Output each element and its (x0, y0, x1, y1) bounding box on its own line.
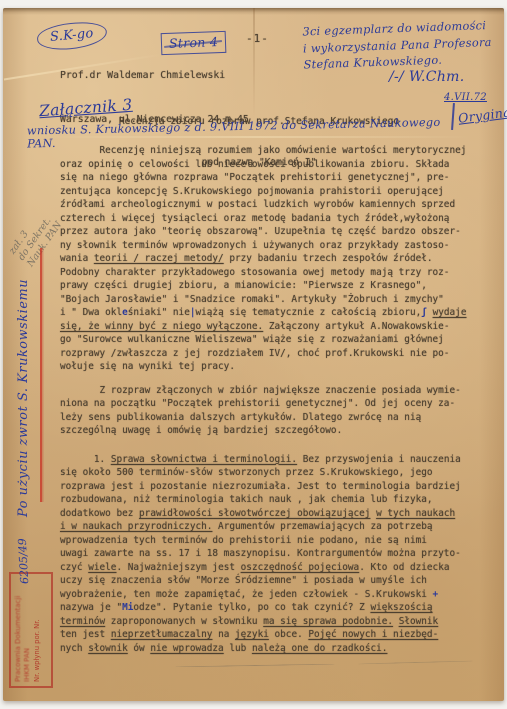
typed-line: nazywa je "Miodze". Pytanie tylko, po co… (60, 601, 474, 615)
typed-line: go "Surowce wulkaniczne Wieliszewa" wiąż… (60, 333, 474, 347)
page-number: -1- (246, 32, 269, 45)
typed-line: ten jest nieprzetłumaczalny na języki ob… (60, 628, 474, 642)
typed-line: 1. Sprawa słownictwa i terminologii. Bez… (60, 453, 474, 467)
typed-line: wprowadzenia tych terminów do prehistori… (60, 534, 474, 548)
author-name: Prof.dr Waldemar Chmielewski (60, 69, 249, 84)
typed-line: przez autora jako "teorię obszarową". Uz… (60, 225, 474, 239)
stamp-border: Pracownia Dokumentacji IHKM PAN Nr. wpły… (9, 572, 53, 688)
review-body: Recenzję niniejszą rozumiem jako omówien… (60, 144, 474, 655)
typed-line: i w naukach przyrodniczych. Argumentów p… (60, 520, 474, 534)
signature: /-/ W.Chm. (389, 69, 464, 85)
return-margin-note: Po użyciu zwrot S. Krukowskiemu (16, 255, 31, 517)
pencil-scribble (358, 660, 473, 664)
dedication-note: 3ci egzemplarz do wiadomości i wykorzyst… (302, 18, 504, 74)
stamp-text-line: Pracownia Dokumentacji (14, 578, 23, 682)
paper-sheet: S.K-go Stron 4 -1- 3ci egzemplarz do wia… (3, 8, 504, 701)
typed-line: Z rozpraw złączonych w zbiór największe … (60, 384, 474, 398)
typed-line: Podobny charakter przykładowego stosowan… (60, 266, 474, 280)
paragraph: Recenzję niniejszą rozumiem jako omówien… (60, 144, 474, 374)
pencil-scribble (175, 664, 335, 668)
typed-line: się, że winny być z niego wyłączone. Zał… (60, 320, 474, 334)
stamp-entry-label: Nr. wpłynu por. Nr. (32, 578, 42, 682)
typed-line: rozprawy /zwłaszcza z jej rozdziałem IV/… (60, 347, 474, 361)
red-margin-underline (40, 248, 42, 502)
typed-line: prawy części drugiej zbioru, a mianowici… (60, 279, 474, 293)
typed-line: uwagi zawarte na ss. 17 i 18 maszynopisu… (60, 547, 474, 561)
typed-line: wyobrażenie, ten może zapamiętać, że jed… (60, 588, 474, 602)
typed-line: dodatkowo bez prawidłowości słowotwórcze… (60, 507, 474, 521)
typed-line: "Bojach Jarosławie" i "Snadzice romaki".… (60, 293, 474, 307)
typed-line: oraz opinię o celowości lub niecelowości… (60, 158, 474, 172)
original-mark: Oryginał. (457, 103, 507, 125)
typed-line: wania teorii / raczej metody/ przy badan… (60, 252, 474, 266)
typed-line: się na niego główna rozprawa "Początek p… (60, 171, 474, 185)
typed-line: rozprawa jest i pozostanie niezrozumiała… (60, 480, 474, 494)
typed-line: ny słownik terminów wprowadzonych i używ… (60, 239, 474, 253)
stamp-entry-number: 6205/49 (16, 538, 31, 584)
typed-line: wołuje się na wyniki tej pracy. (60, 360, 474, 374)
typed-line: się około 500 terminów-słów stworzonych … (60, 466, 474, 480)
typed-line: uczy się znaczenia słów "Morze Śródziemn… (60, 574, 474, 588)
paragraph: Z rozpraw złączonych w zbiór największe … (60, 384, 474, 438)
registry-stamp: Pracownia Dokumentacji IHKM PAN Nr. wpły… (9, 564, 57, 688)
typed-line: niona na początku "Początek prehistorii … (60, 397, 474, 411)
paragraph: 1. Sprawa słownictwa i terminologii. Bez… (60, 453, 474, 656)
typed-line: rozbudowana, niż terminologia takich nau… (60, 493, 474, 507)
typed-line: źródłami archeologicznymi w postaci ludz… (60, 198, 474, 212)
typed-line: czterech i więcej tysiącleci oraz metodę… (60, 212, 474, 226)
typed-line: nych słownik ów nie wprowadza lub należą… (60, 642, 474, 656)
typed-line: leży sens publikowania dalszych artykułó… (60, 411, 474, 425)
typed-line: szczególną uwagę i omówię ją bardziej sz… (60, 424, 474, 438)
typed-line: i " Dwa okleśniaki" nie|wiążą się tematy… (60, 306, 474, 320)
typed-line: czyć wiele. Najważniejszym jest oszczędn… (60, 561, 474, 575)
stamp-text-line: IHKM PAN (23, 578, 32, 682)
typed-line: terminów zaproponowanych w słowniku ma s… (60, 615, 474, 629)
typed-line: zentująca koncepcję S.Krukowskiego pojmo… (60, 185, 474, 199)
typed-line: Recenzję niniejszą rozumiem jako omówien… (60, 144, 474, 158)
